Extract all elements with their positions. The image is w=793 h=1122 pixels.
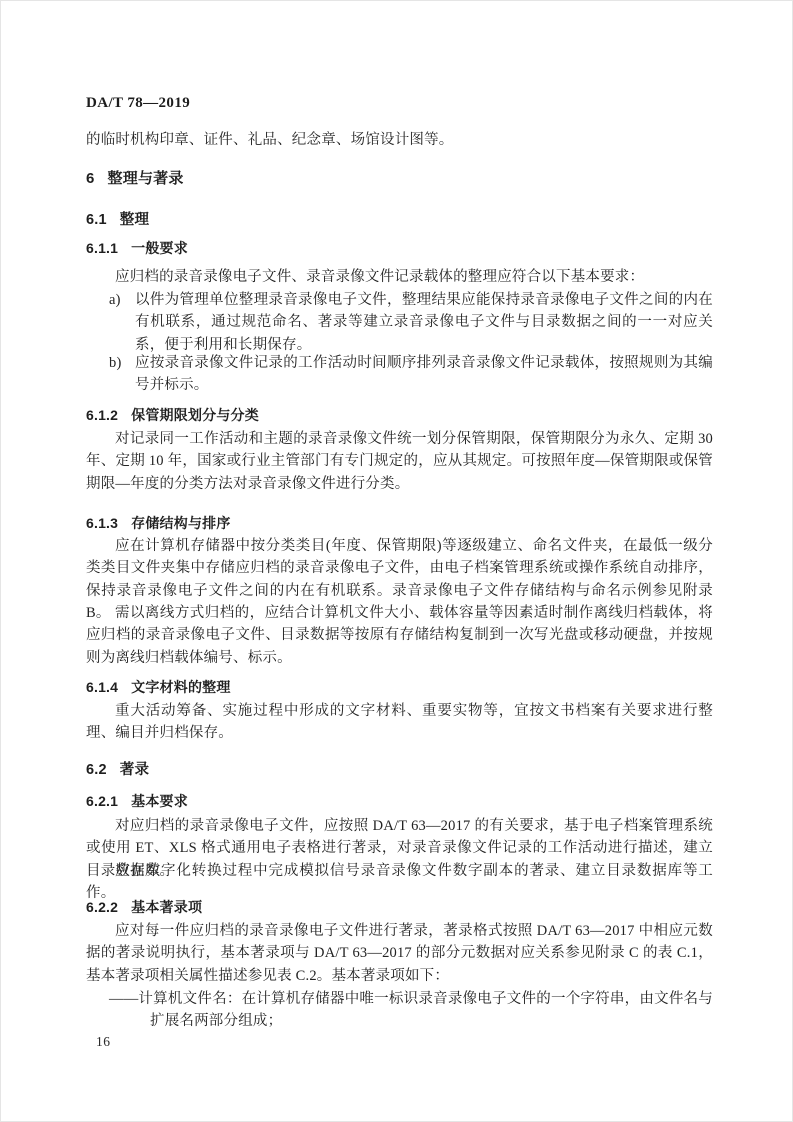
section-number: 6 — [86, 170, 95, 187]
paragraph-6-2-2: 应对每一件应归档的录音录像电子文件进行著录，著录格式按照 DA/T 63—201… — [86, 920, 713, 987]
section-title: 保管期限划分与分类 — [131, 407, 259, 423]
section-heading-6-2-1: 6.2.1基本要求 — [86, 790, 713, 812]
section-title: 著录 — [120, 762, 149, 778]
section-title: 基本要求 — [131, 793, 188, 809]
paragraph-6-1-1-intro: 应归档的录音录像电子文件、录音录像文件记录载体的整理应符合以下基本要求： — [86, 266, 713, 288]
section-heading-6-1-3: 6.1.3存储结构与排序 — [86, 512, 713, 534]
section-heading-6-2-2: 6.2.2基本著录项 — [86, 896, 713, 918]
section-title: 整理与著录 — [108, 170, 184, 187]
section-number: 6.1.1 — [86, 240, 118, 256]
document-header: DA/T 78—2019 — [86, 92, 713, 114]
section-title: 文字材料的整理 — [131, 679, 230, 695]
section-heading-6-1: 6.1整理 — [86, 209, 713, 231]
section-heading-6-1-1: 6.1.1一般要求 — [86, 237, 713, 259]
lead-paragraph: 的临时机构印章、证件、礼品、纪念章、场馆设计图等。 — [86, 129, 713, 151]
document-page: DA/T 78—2019 的临时机构印章、证件、礼品、纪念章、场馆设计图等。 6… — [0, 0, 793, 1122]
section-title: 基本著录项 — [131, 899, 202, 915]
section-title: 一般要求 — [131, 240, 188, 256]
page-number: 16 — [96, 1034, 111, 1050]
list-item-a: a) 以件为管理单位整理录音录像电子文件，整理结果应能保持录音录像电子文件之间的… — [86, 289, 713, 356]
section-title: 整理 — [120, 212, 149, 228]
section-number: 6.2 — [86, 762, 107, 778]
section-heading-6-1-2: 6.1.2保管期限划分与分类 — [86, 404, 713, 426]
section-heading-6-2: 6.2著录 — [86, 759, 713, 781]
section-number: 6.1 — [86, 212, 107, 228]
section-heading-6-1-4: 6.1.4文字材料的整理 — [86, 676, 713, 698]
list-item-b: b) 应按录音录像文件记录的工作活动时间顺序排列录音录像文件记录载体，按照规则为… — [86, 352, 713, 397]
paragraph-6-1-4: 重大活动筹备、实施过程中形成的文字材料、重要实物等，宜按文书档案有关要求进行整理… — [86, 700, 713, 745]
paragraph-6-1-3-second: 需以离线方式归档的，应结合计算机文件大小、载体容量等因素适时制作离线归档载体，将… — [86, 602, 713, 669]
list-item-text: 以件为管理单位整理录音录像电子文件，整理结果应能保持录音录像电子文件之间的内在有… — [135, 292, 713, 353]
section-number: 6.1.4 — [86, 679, 118, 695]
section-number: 6.2.1 — [86, 793, 118, 809]
section-heading-6: 6整理与著录 — [86, 168, 713, 190]
list-item-label: a) — [109, 289, 121, 311]
list-item-text: 应按录音录像文件记录的工作活动时间顺序排列录音录像文件记录载体，按照规则为其编号… — [135, 355, 713, 393]
paragraph-6-1-2: 对记录同一工作活动和主题的录音录像文件统一划分保管期限，保管期限分为永久、定期 … — [86, 428, 713, 495]
section-title: 存储结构与排序 — [131, 515, 230, 531]
section-number: 6.2.2 — [86, 899, 118, 915]
section-number: 6.1.2 — [86, 407, 118, 423]
dash-list-item-computer-filename: ——计算机文件名：在计算机存储器中唯一标识录音录像电子文件的一个字符串，由文件名… — [86, 988, 713, 1033]
section-number: 6.1.3 — [86, 515, 118, 531]
list-item-label: b) — [109, 352, 121, 374]
